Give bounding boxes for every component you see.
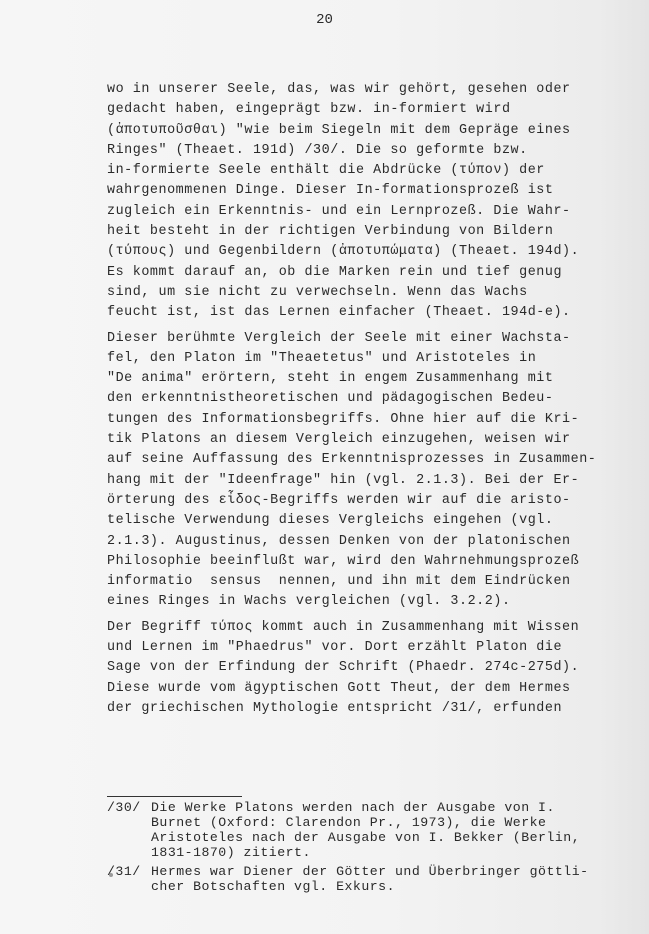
text-line: Die Werke Platons werden nach der Ausgab… bbox=[151, 800, 580, 815]
text-line: wo in unserer Seele, das, was wir gehört… bbox=[107, 80, 637, 100]
paragraph-2: Dieser berühmte Vergleich der Seele mit … bbox=[107, 329, 637, 613]
text-line: gedacht haben, eingeprägt bzw. in-formie… bbox=[107, 100, 637, 120]
text-line: tungen des Informationsbegriffs. Ohne hi… bbox=[107, 410, 637, 430]
text-line: 2.1.3). Augustinus, dessen Denken von de… bbox=[107, 532, 637, 552]
text-line: sind, um sie nicht zu verwechseln. Wenn … bbox=[107, 283, 637, 303]
text-line: eines Ringes in Wachs vergleichen (vgl. … bbox=[107, 592, 637, 612]
text-line: Der Begriff τύπος kommt auch in Zusammen… bbox=[107, 618, 637, 638]
footnote-30: /30/ Die Werke Platons werden nach der A… bbox=[107, 800, 637, 860]
text-line: in-formierte Seele enthält die Abdrücke … bbox=[107, 161, 637, 181]
footnote-text: Hermes war Diener der Götter und Überbri… bbox=[151, 864, 589, 894]
text-line: Burnet (Oxford: Clarendon Pr., 1973), di… bbox=[151, 815, 580, 830]
footnote-marker: /31/ bbox=[107, 864, 151, 894]
text-line: (τύπους) und Gegenbildern (ἀποτυπώματα) … bbox=[107, 242, 637, 262]
text-line: "De anima" erörtern, steht in engem Zusa… bbox=[107, 369, 637, 389]
text-line: örterung des εἶδος-Begriffs werden wir a… bbox=[107, 491, 637, 511]
text-line: Sage von der Erfindung der Schrift (Phae… bbox=[107, 658, 637, 678]
text-line: fel, den Platon im "Theaetetus" und Aris… bbox=[107, 349, 637, 369]
footnote-marker: /30/ bbox=[107, 800, 151, 860]
text-line: Ringes" (Theaet. 191d) /30/. Die so gefo… bbox=[107, 141, 637, 161]
page-number: 20 bbox=[0, 12, 649, 28]
text-line: wahrgenommenen Dinge. Dieser In-formatio… bbox=[107, 181, 637, 201]
text-line: den erkenntnistheoretischen und pädagogi… bbox=[107, 389, 637, 409]
text-line: Aristoteles nach der Ausgabe von I. Bekk… bbox=[151, 830, 580, 845]
paragraph-1: wo in unserer Seele, das, was wir gehört… bbox=[107, 80, 637, 324]
text-line: hang mit der "Ideenfrage" hin (vgl. 2.1.… bbox=[107, 471, 637, 491]
paragraph-3: Der Begriff τύπος kommt auch in Zusammen… bbox=[107, 618, 637, 719]
text-line: informatio sensus nennen, und ihn mit de… bbox=[107, 572, 637, 592]
text-line: und Lernen im "Phaedrus" vor. Dort erzäh… bbox=[107, 638, 637, 658]
text-line: cher Botschaften vgl. Exkurs. bbox=[151, 879, 589, 894]
text-line: Hermes war Diener der Götter und Überbri… bbox=[151, 864, 589, 879]
footnotes: /30/ Die Werke Platons werden nach der A… bbox=[107, 800, 637, 898]
text-line: Philosophie beeinflußt war, wird den Wah… bbox=[107, 552, 637, 572]
text-line: Diese wurde vom ägyptischen Gott Theut, … bbox=[107, 679, 637, 699]
text-line: heit besteht in der richtigen Verbindung… bbox=[107, 222, 637, 242]
text-line: telische Verwendung dieses Vergleichs ei… bbox=[107, 511, 637, 531]
text-line: der griechischen Mythologie entspricht /… bbox=[107, 699, 637, 719]
text-line: zugleich ein Erkenntnis- und ein Lernpro… bbox=[107, 202, 637, 222]
text-line: (ἀποτυποῦσθαι) "wie beim Siegeln mit dem… bbox=[107, 121, 637, 141]
footnote-31: /31/ Hermes war Diener der Götter und Üb… bbox=[107, 864, 637, 894]
footnote-divider bbox=[107, 796, 242, 797]
text-line: auf seine Auffassung des Erkenntnisproze… bbox=[107, 450, 637, 470]
text-line: feucht ist, ist das Lernen einfacher (Th… bbox=[107, 303, 637, 323]
footnote-text: Die Werke Platons werden nach der Ausgab… bbox=[151, 800, 580, 860]
body-text: wo in unserer Seele, das, was wir gehört… bbox=[107, 80, 637, 719]
text-line: 1831-1870) zitiert. bbox=[151, 845, 580, 860]
text-line: Es kommt darauf an, ob die Marken rein u… bbox=[107, 263, 637, 283]
scan-speck bbox=[109, 873, 113, 877]
text-line: tik Platons an diesem Vergleich einzugeh… bbox=[107, 430, 637, 450]
text-line: Dieser berühmte Vergleich der Seele mit … bbox=[107, 329, 637, 349]
document-page: 20 wo in unserer Seele, das, was wir geh… bbox=[0, 0, 649, 934]
